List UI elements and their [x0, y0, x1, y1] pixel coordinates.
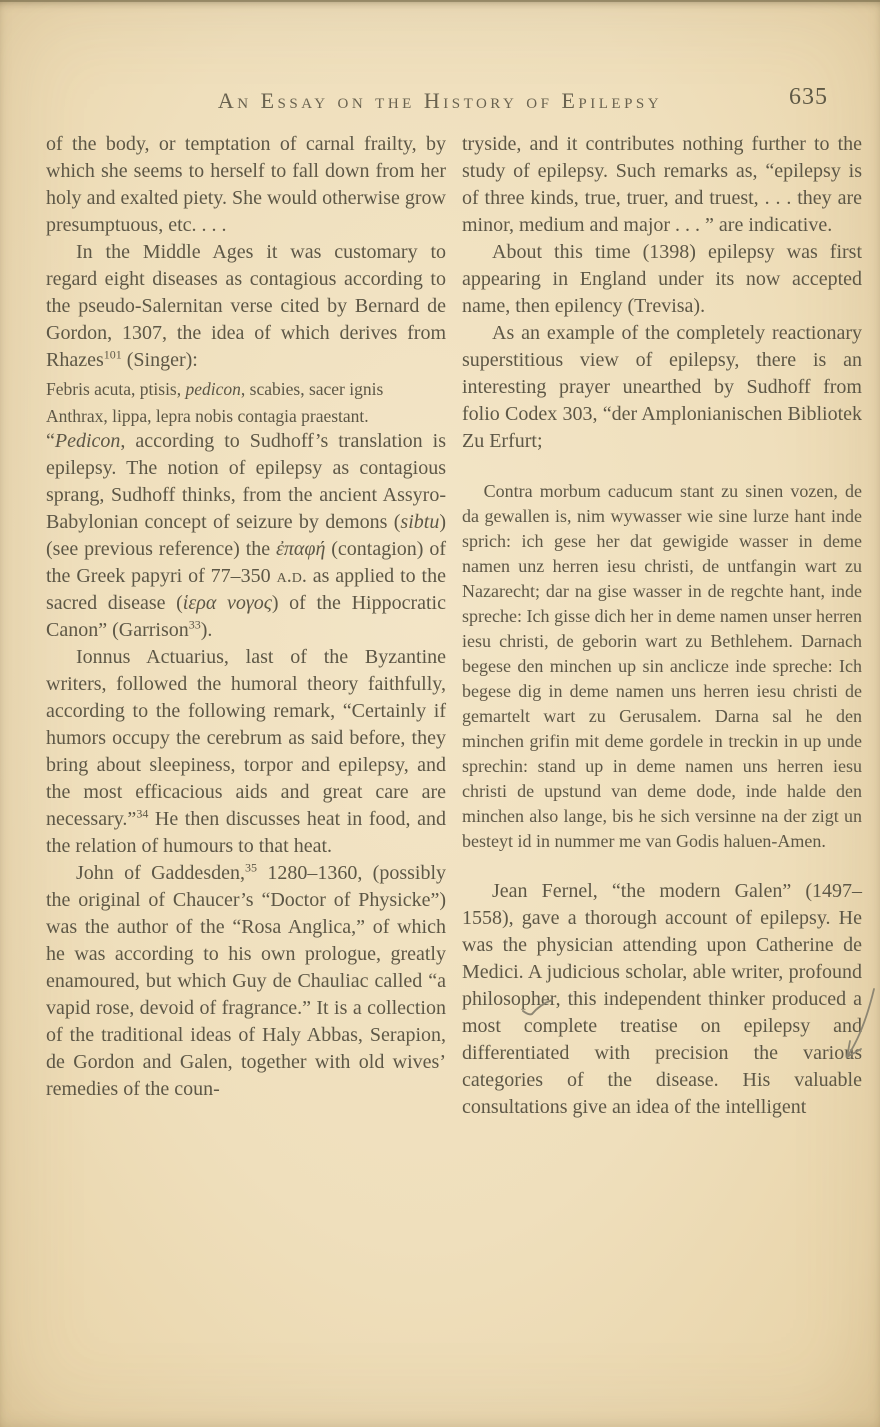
paragraph: Anthrax, lippa, lepra nobis contagia pra…	[46, 405, 446, 428]
paragraph: tryside, and it contributes nothing furt…	[462, 131, 862, 239]
paragraph: John of Gaddesden,35 1280–1360, (possibl…	[46, 860, 446, 1103]
paragraph: In the Middle Ages it was customary to r…	[46, 239, 446, 374]
paragraph: Febris acuta, ptisis, pedicon, scabies, …	[46, 378, 446, 401]
paragraph: Jean Fernel, “the modern Galen” (1497–15…	[462, 878, 862, 1121]
paragraph: “Pedicon, according to Sudhoff’s transla…	[46, 428, 446, 644]
paragraph: About this time (1398) epilepsy was firs…	[462, 239, 862, 320]
right-column: tryside, and it contributes nothing furt…	[462, 131, 862, 1121]
paragraph: Ionnus Actuarius, last of the Byzantine …	[46, 644, 446, 860]
paragraph: Contra morbum caducum stant zu sinen voz…	[462, 479, 862, 854]
book-page: An Essay on the History of Epilepsy 635 …	[0, 0, 880, 1427]
text-columns: of the body, or temptation of carnal fra…	[0, 114, 880, 1121]
page-header: An Essay on the History of Epilepsy 635	[0, 0, 880, 114]
paragraph: of the body, or temptation of carnal fra…	[46, 131, 446, 239]
left-column: of the body, or temptation of carnal fra…	[46, 131, 446, 1121]
page-number: 635	[789, 84, 828, 111]
paragraph: As an example of the completely reaction…	[462, 320, 862, 455]
page-title: An Essay on the History of Epilepsy	[218, 88, 662, 114]
